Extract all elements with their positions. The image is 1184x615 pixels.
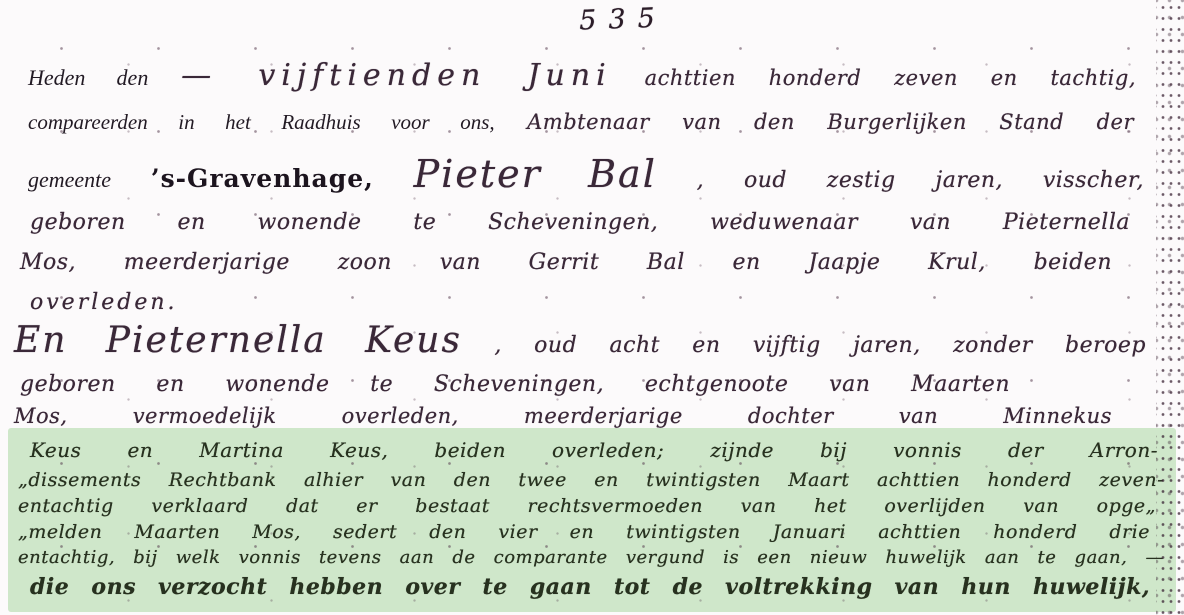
printed-form-text: compareerden in het Raadhuis voor ons, (28, 110, 495, 134)
marriage-request-text: die ons verzocht hebben over te gaan tot… (30, 574, 1150, 600)
highlight-line-2: „dissements Rechtbank alhier van den twe… (18, 469, 1164, 491)
record-line-bride-parents: Mos, vermoedelijk overleden, meerderjari… (14, 404, 1112, 428)
bride-birth-text: geboren en wonende te Scheveningen, echt… (20, 372, 1010, 397)
wedding-date: — vijftienden Juni (181, 58, 612, 93)
record-line-opening-date: Heden den — vijftienden Juni achttien ho… (28, 58, 1136, 93)
registrar-text: Ambtenaar van den Burgerlijken Stand der (527, 110, 1134, 134)
verdict-text-2: „dissements Rechtbank alhier van den twe… (18, 469, 1164, 491)
highlight-line-3: entachtig verklaard dat er bestaat recht… (18, 495, 1156, 517)
bride-parents-text: Mos, vermoedelijk overleden, meerderjari… (14, 404, 1112, 428)
printed-form-text: Heden den (28, 65, 148, 90)
document-scan: 535 Heden den — vijftienden Juni achttie… (0, 0, 1184, 615)
year-text: achttien honderd zeven en tachtig, (645, 66, 1136, 90)
groom-parents-text: Mos, meerderjarige zoon van Gerrit Bal e… (20, 250, 1112, 275)
bride-details: , oud acht en vijftig jaren, zonder bero… (494, 333, 1146, 358)
verdict-text-3: entachtig verklaard dat er bestaat recht… (18, 495, 1156, 517)
bride-name: En Pieternella Keus (14, 320, 462, 361)
verdict-text-5: entachtig, bij welk vonnis tevens aan de… (18, 547, 1164, 568)
verdict-text-1: Keus en Martina Keus, beiden overleden; … (30, 438, 1158, 462)
page-number: 535 (548, 1, 699, 37)
record-line-groom-parents: Mos, meerderjarige zoon van Gerrit Bal e… (20, 250, 1112, 275)
highlight-line-1: Keus en Martina Keus, beiden overleden; … (30, 438, 1158, 462)
record-line-registrar: compareerden in het Raadhuis voor ons, A… (28, 110, 1134, 135)
groom-birth-text: geboren en wonende te Scheveningen, wedu… (30, 210, 1130, 235)
municipality-name: ’s-Gravenhage, (151, 164, 374, 193)
highlight-line-request: die ons verzocht hebben over te gaan tot… (30, 574, 1150, 600)
record-line-groom: gemeente ’s-Gravenhage, Pieter Bal , oud… (28, 152, 1144, 196)
highlight-line-5: entachtig, bij welk vonnis tevens aan de… (18, 547, 1164, 568)
record-line-overleden: overleden. (30, 290, 178, 315)
record-line-groom-birth: geboren en wonende te Scheveningen, wedu… (30, 210, 1130, 235)
record-line-bride: En Pieternella Keus , oud acht en vijfti… (14, 320, 1146, 361)
verdict-text-4: „melden Maarten Mos, sedert den vier en … (18, 521, 1150, 543)
overleden-text: overleden. (30, 290, 178, 315)
highlight-line-4: „melden Maarten Mos, sedert den vier en … (18, 521, 1150, 543)
groom-details: , oud zestig jaren, visscher, (697, 168, 1144, 193)
groom-name: Pieter Bal (414, 152, 657, 196)
record-line-bride-birth: geboren en wonende te Scheveningen, echt… (20, 372, 1010, 397)
printed-form-text: gemeente (28, 167, 111, 192)
